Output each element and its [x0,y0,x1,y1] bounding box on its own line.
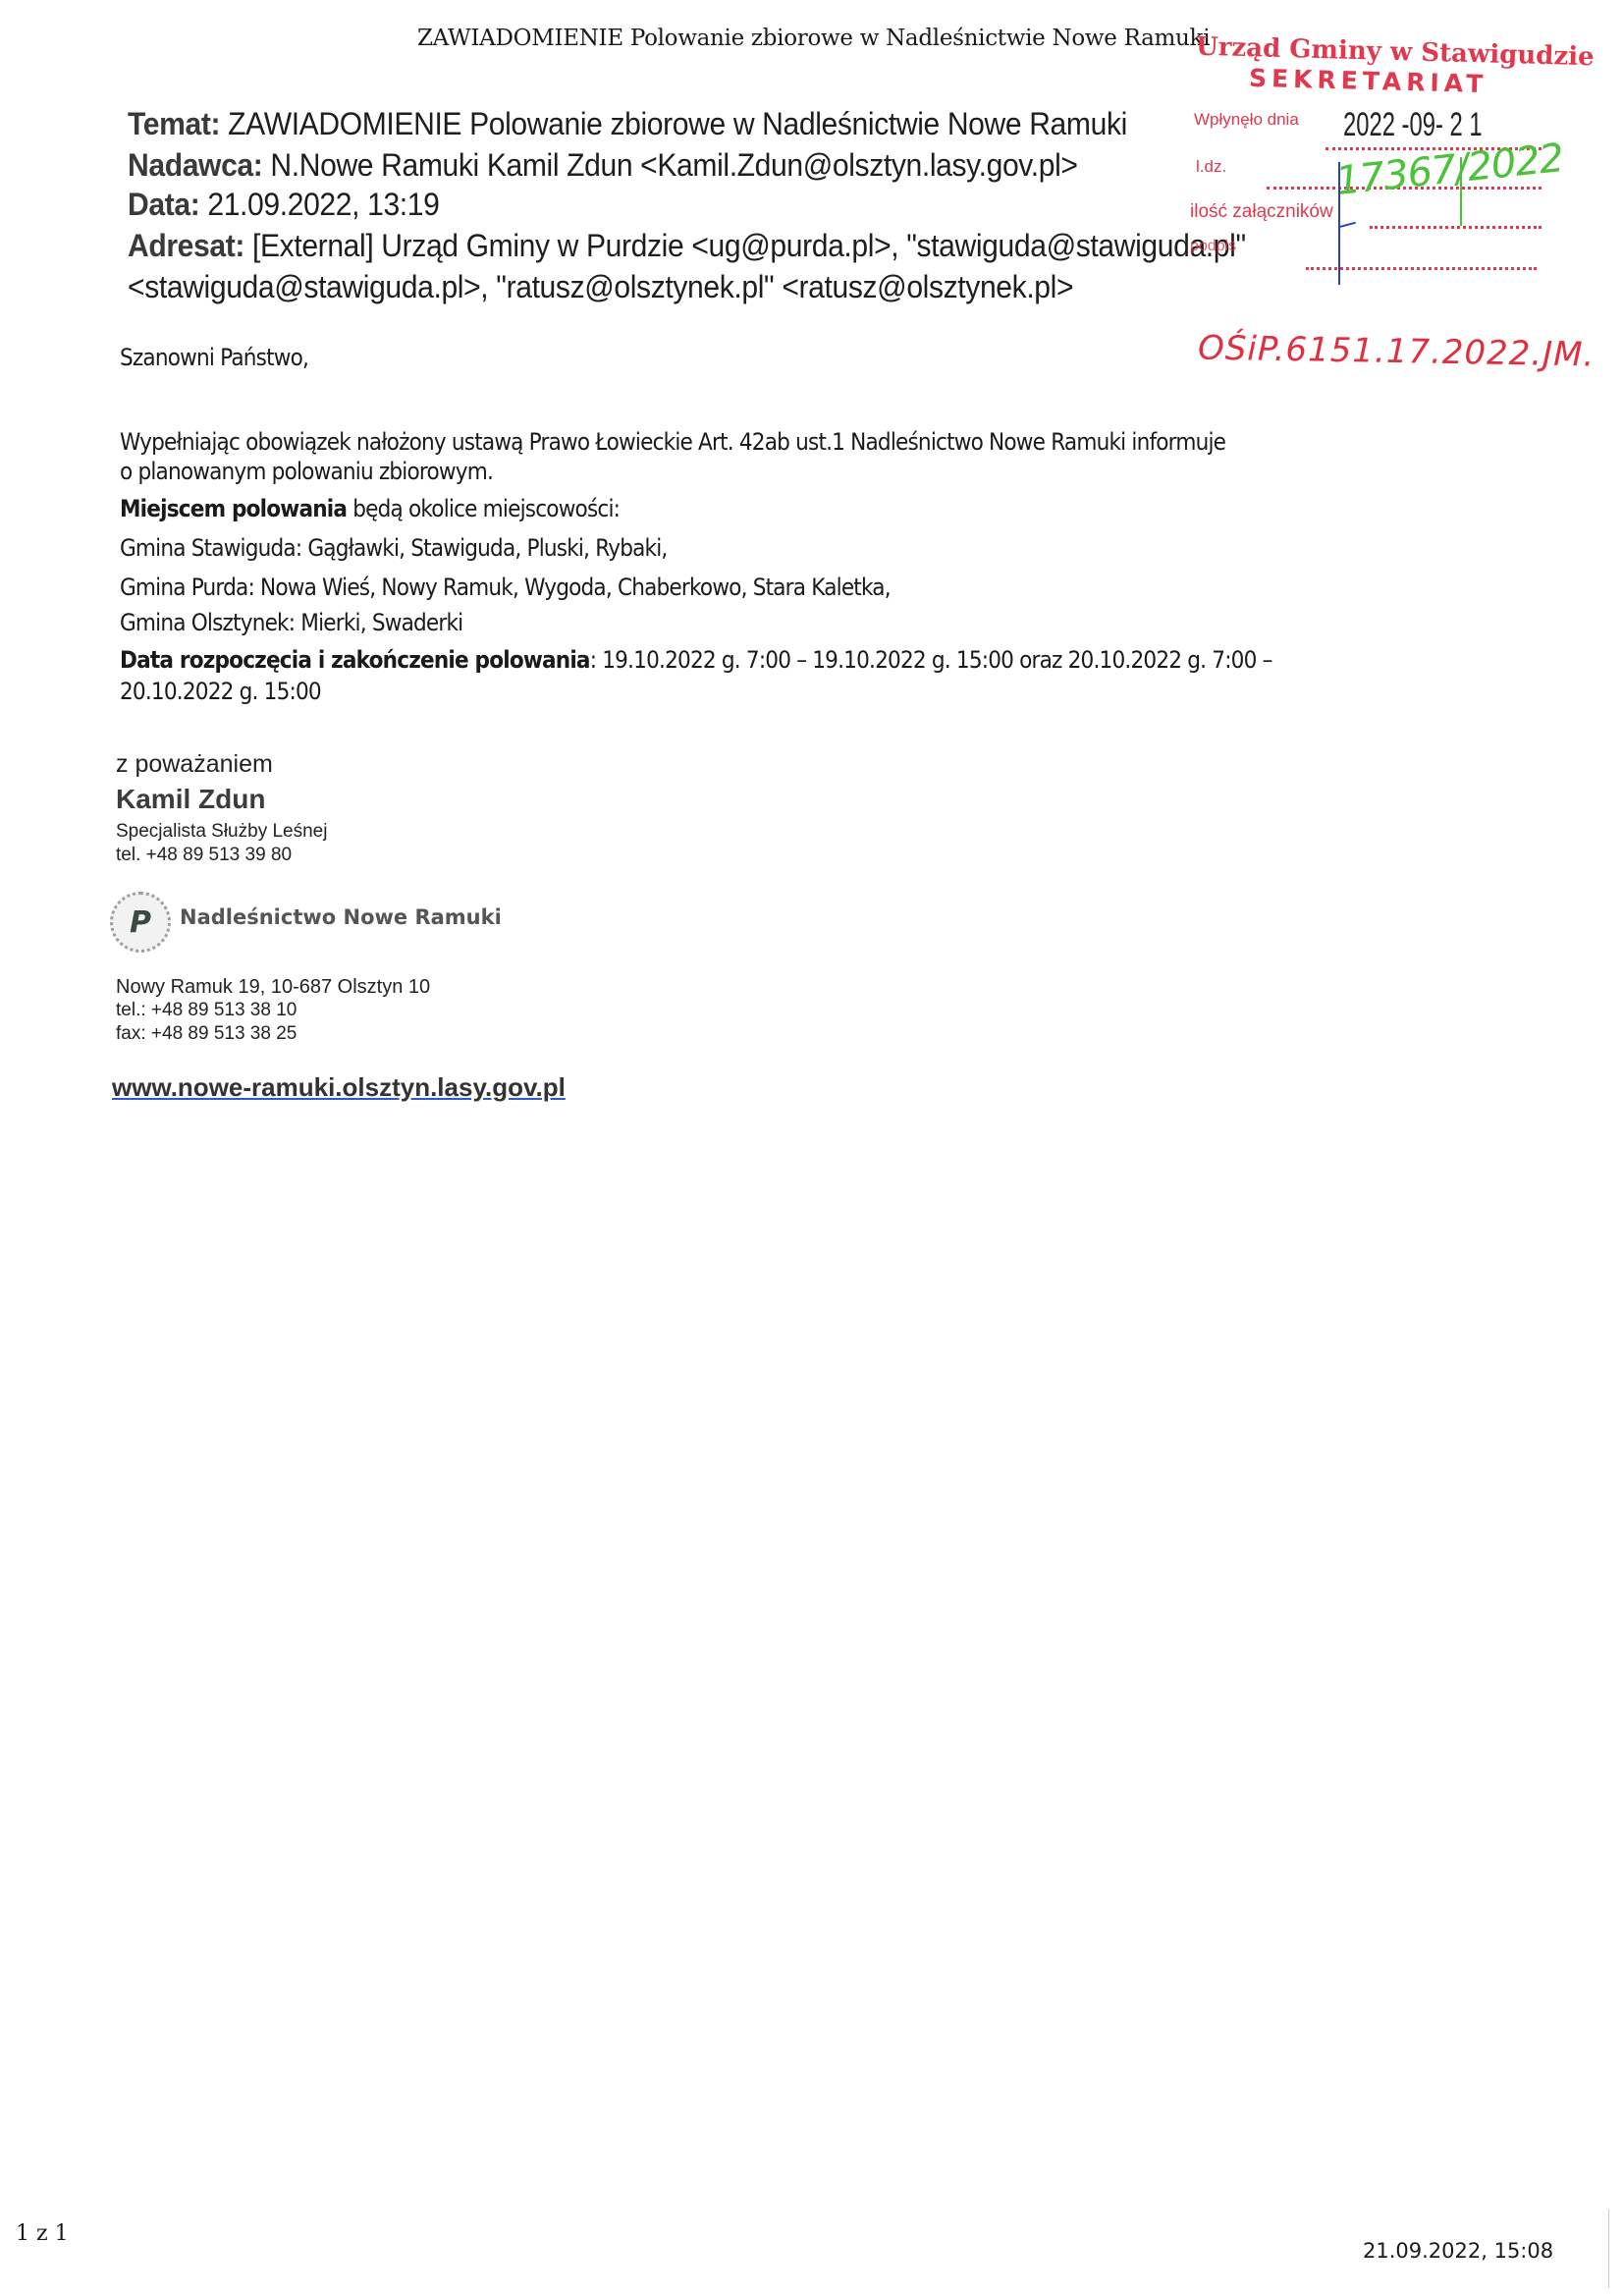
closing: z poważaniem [116,750,273,779]
forest-service-logo-icon: P [110,892,171,953]
website-link[interactable]: www.nowe-ramuki.olsztyn.lasy.gov.pl [112,1072,566,1102]
signer-position: Specjalista Służby Leśnej [116,821,327,843]
handwritten-case-reference: OŚiP.6151.17.2022.JM. [1198,328,1596,374]
sender-label: Nadawca: [128,147,262,183]
green-pen-stroke [1460,157,1462,226]
location-stawiguda: Gmina Stawiguda: Gągławki, Stawiguda, Pl… [120,534,667,562]
location-olsztynek: Gmina Olsztynek: Mierki, Swaderki [120,609,462,636]
date-label: Data: [128,187,199,222]
attachments-dotted-line [1370,226,1542,229]
intro-line-1: Wypełniając obowiązek nałożony ustawą Pr… [120,428,1225,456]
place-line: Miejscem polowania będą okolice miejscow… [120,495,620,522]
dates-label: Data rozpoczęcia i zakończenie polowania [120,646,590,674]
email-recipient-row: Adresat: [External] Urząd Gminy w Purdzi… [128,228,1246,264]
recipient-value: [External] Urząd Gminy w Purdzie <ug@pur… [252,228,1246,263]
dates-value: : 19.10.2022 g. 7:00 – 19.10.2022 g. 15:… [590,646,1272,674]
stamp-received-label: Wpłynęło dnia [1194,110,1299,130]
org-fax: fax: +48 89 513 38 25 [116,1023,297,1045]
place-label: Miejscem polowania [120,495,347,522]
signer-phone: tel. +48 89 513 39 80 [116,845,292,866]
stamp-received-date: 2022 -09- 2 1 [1343,106,1483,144]
stamp-attachments-label: ilość załączników [1190,201,1333,223]
signature-dotted-line [1306,267,1537,270]
website-container: www.nowe-ramuki.olsztyn.lasy.gov.pl [112,1072,566,1103]
subject-value: ZAWIADOMIENIE Polowanie zbiorowe w Nadle… [228,106,1127,141]
stamp-ldz-label: l.dz. [1196,157,1226,177]
print-header: ZAWIADOMIENIE Polowanie zbiorowe w Nadle… [417,26,1210,51]
intro-line-2: o planowanym polowaniu zbiorowym. [120,458,493,485]
blue-pen-hook [1338,222,1356,229]
date-value: 21.09.2022, 13:19 [207,187,439,222]
recipient-label: Adresat: [128,228,244,263]
org-phone: tel.: +48 89 513 38 10 [116,1000,297,1021]
dates-line-2: 20.10.2022 g. 15:00 [120,678,321,705]
email-date-row: Data: 21.09.2022, 13:19 [128,187,439,223]
page-edge [1608,2210,1609,2288]
location-purda: Gmina Purda: Nowa Wieś, Nowy Ramuk, Wygo… [120,574,891,601]
email-sender-row: Nadawca: N.Nowe Ramuki Kamil Zdun <Kamil… [128,147,1078,184]
dates-line-1: Data rozpoczęcia i zakończenie polowania… [120,646,1272,674]
sender-value: N.Nowe Ramuki Kamil Zdun <Kamil.Zdun@ols… [270,147,1077,183]
stamp-department: SEKRETARIAT [1249,64,1488,98]
page-number: 1 z 1 [16,2221,69,2246]
org-address: Nowy Ramuk 19, 10-687 Olsztyn 10 [116,976,430,999]
email-subject-row: Temat: ZAWIADOMIENIE Polowanie zbiorowe … [128,106,1127,142]
handwritten-ldz-number: 17367/2022 [1333,136,1565,204]
signer-name: Kamil Zdun [116,784,265,815]
stamp-signature-label: podpis [1190,238,1236,255]
greeting: Szanowni Państwo, [120,344,308,371]
recipient-continuation: <stawiguda@stawiguda.pl>, "ratusz@olszty… [128,269,1073,305]
blue-pen-signature [1338,162,1340,285]
printed-timestamp: 21.09.2022, 15:08 [1363,2239,1553,2263]
subject-label: Temat: [128,106,220,141]
place-text: będą okolice miejscowości: [347,495,620,522]
org-name: Nadleśnictwo Nowe Ramuki [180,905,502,929]
